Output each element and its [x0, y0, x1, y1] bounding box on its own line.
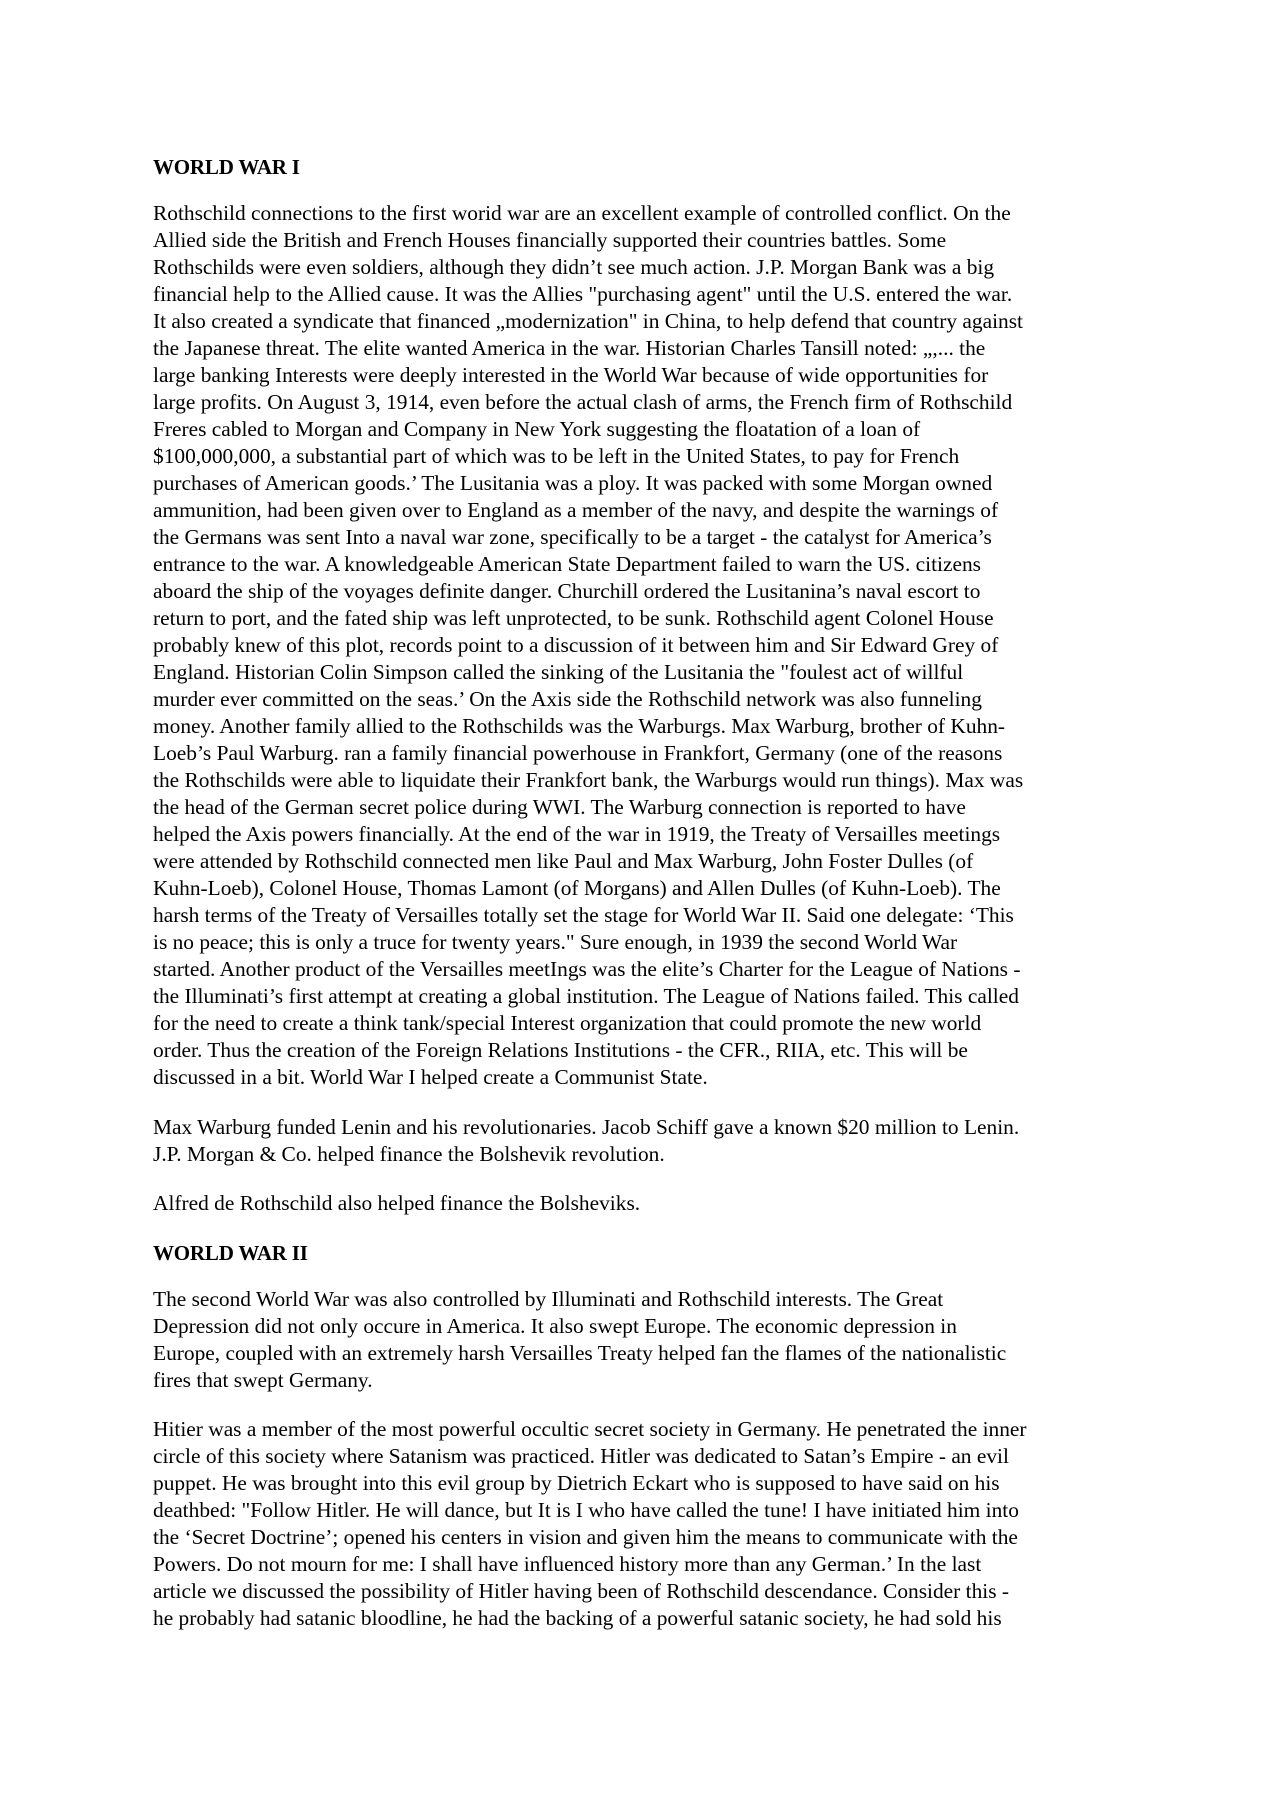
text-line: the Rothschilds were able to liquidate t…: [153, 767, 1023, 794]
text-line: Rothschilds were even soldiers, although…: [153, 254, 1023, 281]
text-line: for the need to create a think tank/spec…: [153, 1010, 1023, 1037]
text-line: the head of the German secret police dur…: [153, 794, 1023, 821]
paragraph-ww1-alfred: Alfred de Rothschild also helped finance…: [153, 1190, 640, 1217]
text-line: Max Warburg funded Lenin and his revolut…: [153, 1114, 1019, 1141]
text-line: he probably had satanic bloodline, he ha…: [153, 1605, 1027, 1632]
text-line: aboard the ship of the voyages definite …: [153, 578, 1023, 605]
text-line: is no peace; this is only a truce for tw…: [153, 929, 1023, 956]
text-line: ammunition, had been given over to Engla…: [153, 497, 1023, 524]
text-line: circle of this society where Satanism wa…: [153, 1443, 1027, 1470]
text-line: Hitier was a member of the most powerful…: [153, 1416, 1027, 1443]
text-line: probably knew of this plot, records poin…: [153, 632, 1023, 659]
text-line: It also created a syndicate that finance…: [153, 308, 1023, 335]
text-line: fires that swept Germany.: [153, 1367, 1006, 1394]
text-line: deathbed: "Follow Hitler. He will dance,…: [153, 1497, 1027, 1524]
paragraph-ww2-hitler: Hitier was a member of the most powerful…: [153, 1416, 1027, 1632]
text-line: the Illuminati’s first attempt at creati…: [153, 983, 1023, 1010]
text-line: large profits. On August 3, 1914, even b…: [153, 389, 1023, 416]
text-line: the ‘Secret Doctrine’; opened his center…: [153, 1524, 1027, 1551]
text-line: puppet. He was brought into this evil gr…: [153, 1470, 1027, 1497]
text-line: the Japanese threat. The elite wanted Am…: [153, 335, 1023, 362]
text-line: J.P. Morgan & Co. helped finance the Bol…: [153, 1141, 1019, 1168]
text-line: Allied side the British and French House…: [153, 227, 1023, 254]
text-line: Europe, coupled with an extremely harsh …: [153, 1340, 1006, 1367]
text-line: Freres cabled to Morgan and Company in N…: [153, 416, 1023, 443]
text-line: started. Another product of the Versaill…: [153, 956, 1023, 983]
text-line: Depression did not only occure in Americ…: [153, 1313, 1006, 1340]
text-line: Loeb’s Paul Warburg. ran a family financ…: [153, 740, 1023, 767]
section-heading-ww1: WORLD WAR I: [153, 154, 300, 181]
text-line: Rothschild connections to the first wori…: [153, 200, 1023, 227]
text-line: Alfred de Rothschild also helped finance…: [153, 1190, 640, 1217]
text-line: murder ever committed on the seas.’ On t…: [153, 686, 1023, 713]
text-line: harsh terms of the Treaty of Versailles …: [153, 902, 1023, 929]
paragraph-ww1-lenin: Max Warburg funded Lenin and his revolut…: [153, 1114, 1019, 1168]
text-line: The second World War was also controlled…: [153, 1286, 1006, 1313]
paragraph-ww1-main: Rothschild connections to the first wori…: [153, 200, 1023, 1091]
text-line: Kuhn-Loeb), Colonel House, Thomas Lamont…: [153, 875, 1023, 902]
text-line: $100,000,000, a substantial part of whic…: [153, 443, 1023, 470]
text-line: large banking Interests were deeply inte…: [153, 362, 1023, 389]
section-heading-ww2: WORLD WAR II: [153, 1240, 308, 1267]
text-line: England. Historian Colin Simpson called …: [153, 659, 1023, 686]
text-line: the Germans was sent Into a naval war zo…: [153, 524, 1023, 551]
text-line: order. Thus the creation of the Foreign …: [153, 1037, 1023, 1064]
text-line: entrance to the war. A knowledgeable Ame…: [153, 551, 1023, 578]
text-line: financial help to the Allied cause. It w…: [153, 281, 1023, 308]
text-line: article we discussed the possibility of …: [153, 1578, 1027, 1605]
text-line: were attended by Rothschild connected me…: [153, 848, 1023, 875]
text-line: return to port, and the fated ship was l…: [153, 605, 1023, 632]
text-line: Powers. Do not mourn for me: I shall hav…: [153, 1551, 1027, 1578]
text-line: money. Another family allied to the Roth…: [153, 713, 1023, 740]
text-line: helped the Axis powers financially. At t…: [153, 821, 1023, 848]
paragraph-ww2-depression: The second World War was also controlled…: [153, 1286, 1006, 1394]
text-line: discussed in a bit. World War I helped c…: [153, 1064, 1023, 1091]
text-line: purchases of American goods.’ The Lusita…: [153, 470, 1023, 497]
